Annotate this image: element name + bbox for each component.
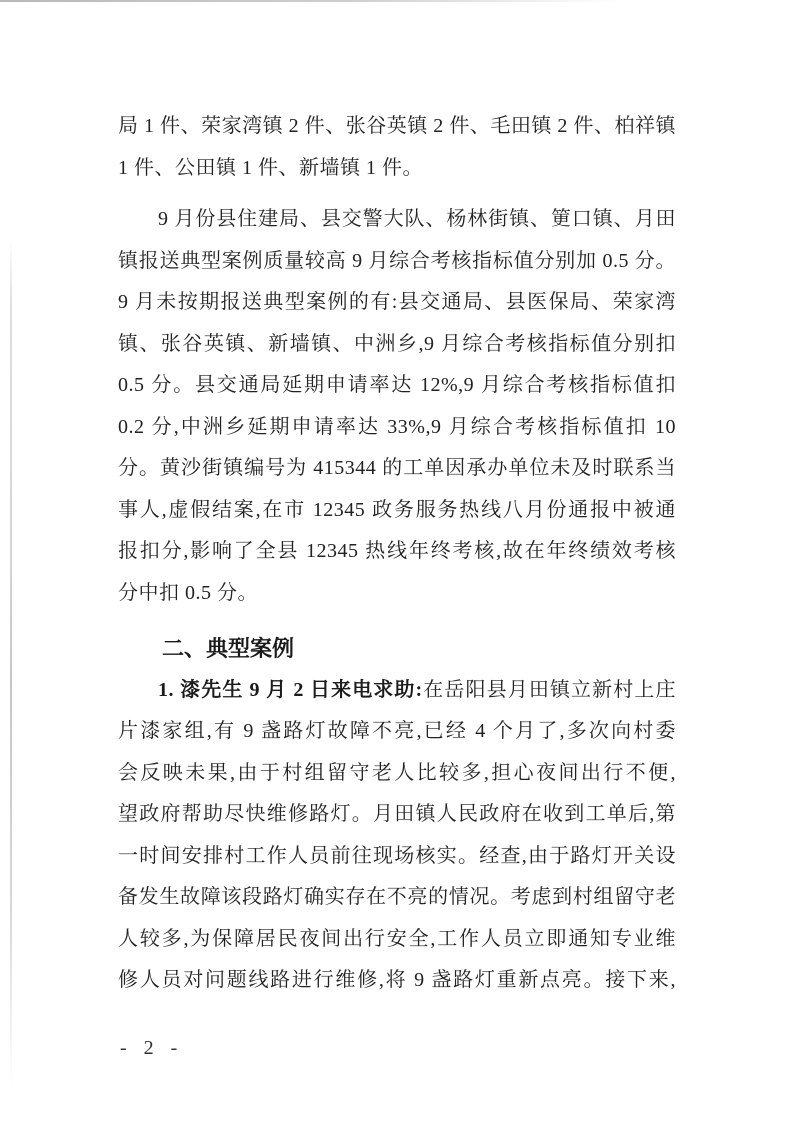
text-line: 人较多,为保障居民夜间出行安全,工作人员立即通知专业维 [118,919,676,961]
text-line: 0.5 分。县交通局延期申请率达 12%,9 月综合考核指标值扣 [118,365,676,407]
page-number: - 2 - [120,1036,183,1060]
text-line: 事人,虚假结案,在市 12345 政务服务热线八月份通报中被通 [118,490,676,532]
text-line: 一时间安排村工作人员前往现场核实。经查,由于路灯开关设 [118,836,676,878]
text-line: 局 1 件、荣家湾镇 2 件、张谷英镇 2 件、毛田镇 2 件、柏祥镇 [118,106,676,148]
text-line: 9 月未按期报送典型案例的有:县交通局、县医保局、荣家湾 [118,282,676,324]
heading-typical-cases: 二、典型案例 [118,628,676,670]
line-text: 在岳阳县月田镇立新村上庄 [423,679,676,701]
document-body: 局 1 件、荣家湾镇 2 件、张谷英镇 2 件、毛田镇 2 件、柏祥镇1 件、公… [118,106,676,1002]
text-line: 备发生故障该段路灯确实存在不亮的情况。考虑到村组留守老 [118,877,676,919]
scan-left-fold-artifact [10,238,12,1088]
scan-top-edge-artifact [0,0,793,2]
document-page: 局 1 件、荣家湾镇 2 件、张谷英镇 2 件、毛田镇 2 件、柏祥镇1 件、公… [0,0,793,1121]
text-line: 9 月份县住建局、县交警大队、杨林街镇、筻口镇、月田 [118,199,676,241]
text-line: 1 件、公田镇 1 件、新墙镇 1 件。 [118,148,676,190]
para-assessment-scores: 9 月份县住建局、县交警大队、杨林街镇、筻口镇、月田镇报送典型案例质量较高 9 … [118,199,676,614]
text-line: 片漆家组,有 9 盏路灯故障不亮,已经 4 个月了,多次向村委 [118,711,676,753]
text-line: 望政府帮助尽快维修路灯。月田镇人民政府在收到工单后,第 [118,794,676,836]
text-line: 分。黄沙街镇编号为 415344 的工单因承办单位未及时联系当 [118,448,676,490]
para-case-1-streetlights: 1. 漆先生 9 月 2 日来电求助:在岳阳县月田镇立新村上庄片漆家组,有 9 … [118,670,676,1002]
text-line: 修人员对问题线路进行维修,将 9 盏路灯重新点亮。接下来, [118,960,676,1002]
bold-lead-in: 1. 漆先生 9 月 2 日来电求助: [158,679,423,701]
text-line: 分中扣 0.5 分。 [118,573,676,615]
text-line: 报扣分,影响了全县 12345 热线年终考核,故在年终绩效考核 [118,531,676,573]
text-line: 镇报送典型案例质量较高 9 月综合考核指标值分别加 0.5 分。 [118,241,676,283]
para-case-counts: 局 1 件、荣家湾镇 2 件、张谷英镇 2 件、毛田镇 2 件、柏祥镇1 件、公… [118,106,676,189]
text-line: 0.2 分,中洲乡延期申请率达 33%,9 月综合考核指标值扣 10 [118,407,676,449]
text-line: 1. 漆先生 9 月 2 日来电求助:在岳阳县月田镇立新村上庄 [118,670,676,712]
text-line: 会反映未果,由于村组留守老人比较多,担心夜间出行不便, [118,753,676,795]
text-line: 镇、张谷英镇、新墙镇、中洲乡,9 月综合考核指标值分别扣 [118,324,676,366]
